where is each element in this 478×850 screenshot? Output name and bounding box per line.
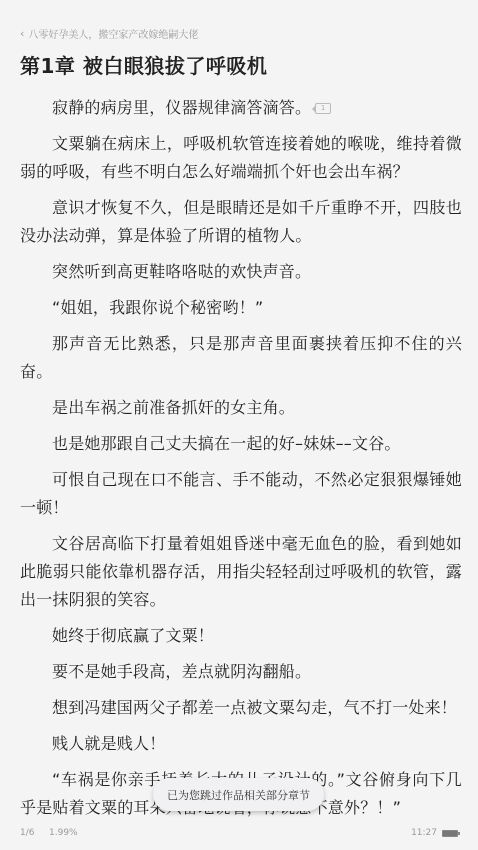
reader-page[interactable]: ‹ 八零好孕美人，搬空家产改嫁绝嗣大佬 第1章 被白眼狼拔了呼吸机 寂静的病房里… [0,0,478,850]
paragraph: 想到冯建国两父子都差一点被文粟勾走，气不打一处来！ [20,694,462,722]
paragraph: 要不是她手段高，差点就阴沟翻船。 [20,658,462,686]
comment-count-icon[interactable]: 1 [315,103,331,114]
paragraph: 文粟躺在病床上，呼吸机软管连接着她的喉咙，维持着微弱的呼吸，有些不明白怎么好端端… [20,130,462,186]
paragraph: 也是她那跟自己丈夫搞在一起的好–妹妹––文谷。 [20,430,462,458]
chevron-left-icon[interactable]: ‹ [20,27,24,40]
paragraph: 文谷居高临下打量着姐姐昏迷中毫无血色的脸，看到她如此脆弱只能依靠机器存活，用指尖… [20,530,462,614]
battery-icon [442,830,458,837]
paragraph: 寂静的病房里，仪器规律滴答滴答。1 [20,94,462,122]
skip-chapters-toast: 已为您跳过作品相关部分章节 [153,778,324,811]
page-indicator: 1/6 [20,828,34,838]
paragraph: 是出车祸之前准备抓奸的女主角。 [20,394,462,422]
status-footer: 1/6 1.99% 11:27 [0,826,478,844]
paragraph: 那声音无比熟悉，只是那声音里面裹挟着压抑不住的兴奋。 [20,330,462,386]
paragraph: 意识才恢复不久，但是眼睛还是如千斤重睁不开，四肢也没办法动弹，算是体验了所谓的植… [20,194,462,250]
clock: 11:27 [411,828,437,838]
chapter-content[interactable]: 寂静的病房里，仪器规律滴答滴答。1 文粟躺在病床上，呼吸机软管连接着她的喉咙，维… [20,94,462,830]
paragraph: 可恨自己现在口不能言、手不能动，不然必定狠狠爆锤她一顿！ [20,466,462,522]
chapter-title: 第1章 被白眼狼拔了呼吸机 [20,50,267,79]
paragraph: 贱人就是贱人！ [20,730,462,758]
paragraph: “姐姐，我跟你说个秘密哟！” [20,294,462,322]
paragraph: 突然听到高更鞋咯咯哒的欢快声音。 [20,258,462,286]
paragraph: 她终于彻底赢了文粟！ [20,622,462,650]
book-title[interactable]: 八零好孕美人，搬空家产改嫁绝嗣大佬 [28,26,198,41]
paragraph-text: 寂静的病房里，仪器规律滴答滴答。 [52,98,311,117]
reading-progress: 1.99% [49,828,78,838]
breadcrumb[interactable]: ‹ 八零好孕美人，搬空家产改嫁绝嗣大佬 [20,26,198,41]
